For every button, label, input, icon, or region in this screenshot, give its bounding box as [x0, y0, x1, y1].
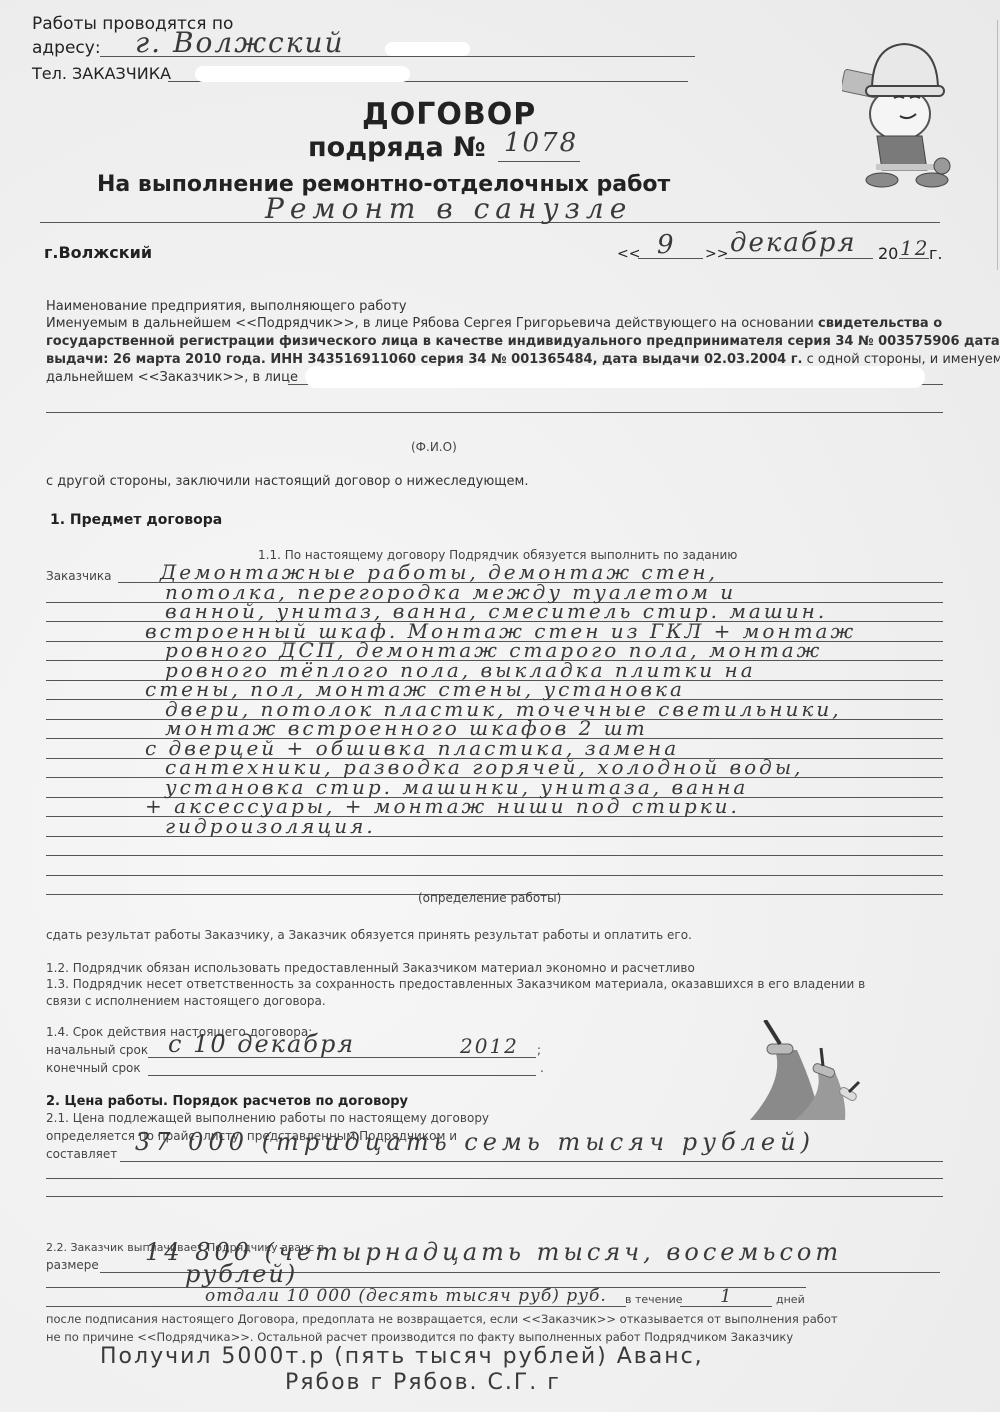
paint-rollers-icon: [735, 1020, 865, 1130]
parties-closing: с другой стороны, заключили настоящий до…: [46, 474, 528, 489]
redaction: [195, 66, 410, 82]
advance-paid-note[interactable]: отдали 10 000 (десять тысяч руб) руб.: [205, 1286, 607, 1306]
month-line: [725, 258, 873, 259]
price-line-2: [46, 1178, 943, 1179]
terms-line1: после подписания настоящего Договора, пр…: [46, 1312, 838, 1326]
end-term-line: [148, 1075, 536, 1076]
builder-mascot-icon: [842, 18, 954, 188]
parties-line4-bold: выдачи: 26 марта 2010 года. ИНН 34351691…: [46, 352, 802, 367]
price-value[interactable]: 37 000 (тридцать семь тысяч рублей): [135, 1128, 815, 1156]
date-day[interactable]: 9: [657, 230, 676, 260]
contract-number[interactable]: 1078: [504, 128, 578, 158]
date-year[interactable]: 12: [900, 236, 929, 260]
date-year-end: г.: [929, 244, 943, 263]
address-value[interactable]: г. Волжский: [135, 26, 345, 59]
address-label-line2: адресу:: [32, 38, 101, 58]
work-caption: (определение работы): [418, 891, 561, 905]
terms-line2: не по причине <<Подрядчика>>. Остальной …: [46, 1330, 793, 1344]
parties-line2-bold: свидетельства о: [818, 316, 942, 331]
start-term-value[interactable]: с 10 декабря: [168, 1030, 355, 1058]
redaction: [385, 42, 470, 56]
section2-heading: 2. Цена работы. Порядок расчетов по дого…: [46, 1094, 408, 1109]
end-term-label: конечный срок: [46, 1061, 141, 1075]
parties-line4: выдачи: 26 марта 2010 года. ИНН 34351691…: [46, 352, 1000, 367]
page-edge: [997, 20, 998, 270]
phone-label: Тел. ЗАКАЗЧИКА: [32, 64, 171, 83]
parties-line5: дальнейшем <<Заказчик>>, в лице: [46, 370, 298, 385]
end-term-mark: .: [540, 1061, 544, 1075]
work-rule-line: [46, 855, 943, 856]
receipt-note-line2[interactable]: Рябов г Рябов. С.Г. г: [285, 1370, 561, 1395]
within-value[interactable]: 1: [720, 1286, 733, 1307]
parties-line4-text: с одной стороны, и именуемым в: [802, 352, 1000, 367]
fio-caption: (Ф.И.О): [411, 440, 457, 454]
advance-value-line2[interactable]: рублей): [185, 1260, 297, 1288]
parties-line2-text: Именуемым в дальнейшем <<Подрядчик>>, в …: [46, 316, 818, 331]
redaction: [305, 366, 925, 388]
parties-line3: государственной регистрации физического …: [46, 334, 1000, 349]
work-line: гидроизоляция.: [165, 814, 376, 838]
date-close-quote: >>: [705, 246, 728, 262]
contract-title: ДОГОВОР: [362, 97, 536, 132]
parties-line2: Именуемым в дальнейшем <<Подрядчик>>, в …: [46, 316, 942, 331]
section1-heading: 1. Предмет договора: [50, 512, 222, 528]
date-month[interactable]: декабря: [730, 228, 857, 258]
price-line-3: [46, 1196, 943, 1197]
clause-1-2: 1.2. Подрядчик обязан использовать предо…: [46, 961, 695, 975]
advance-label: размере: [46, 1258, 99, 1272]
within-label: в течение: [625, 1293, 683, 1306]
clause-2-1a: 2.1. Цена подлежащей выполнению работы п…: [46, 1111, 489, 1125]
start-term-end: ;: [537, 1043, 541, 1057]
acceptance-text: сдать результат работы Заказчику, а Зака…: [46, 928, 692, 942]
clause-2-1c: составляет: [46, 1147, 117, 1161]
contract-number-label: подряда №: [308, 132, 486, 163]
start-term-year[interactable]: 2012: [460, 1034, 519, 1058]
receipt-note-line1[interactable]: Получил 5000т.р (пять тысяч рублей) Аван…: [100, 1344, 704, 1369]
price-line: [120, 1161, 943, 1162]
date-open-quote: <<: [617, 246, 640, 262]
zakazchika-label: Заказчика: [46, 569, 112, 583]
contract-subject[interactable]: Ремонт в санузле: [265, 192, 632, 225]
advance-line-3: [46, 1306, 626, 1307]
parties-line1: Наименование предприятия, выполняющего р…: [46, 299, 407, 314]
customer-name-line-2: [46, 412, 943, 413]
clause-1-3a: 1.3. Подрядчик несет ответственность за …: [46, 977, 865, 991]
start-term-label: начальный срок: [46, 1043, 148, 1057]
work-rule-line: [46, 875, 943, 876]
clause-1-3b: связи с исполнением настоящего договора.: [46, 994, 326, 1008]
city: г.Волжский: [44, 243, 152, 262]
days-label: дней: [776, 1293, 805, 1306]
date-year-prefix: 20: [878, 244, 898, 263]
contract-page: Работы проводятся по адресу: г. Волжский…: [0, 0, 1000, 1412]
contract-number-line: [498, 161, 580, 162]
